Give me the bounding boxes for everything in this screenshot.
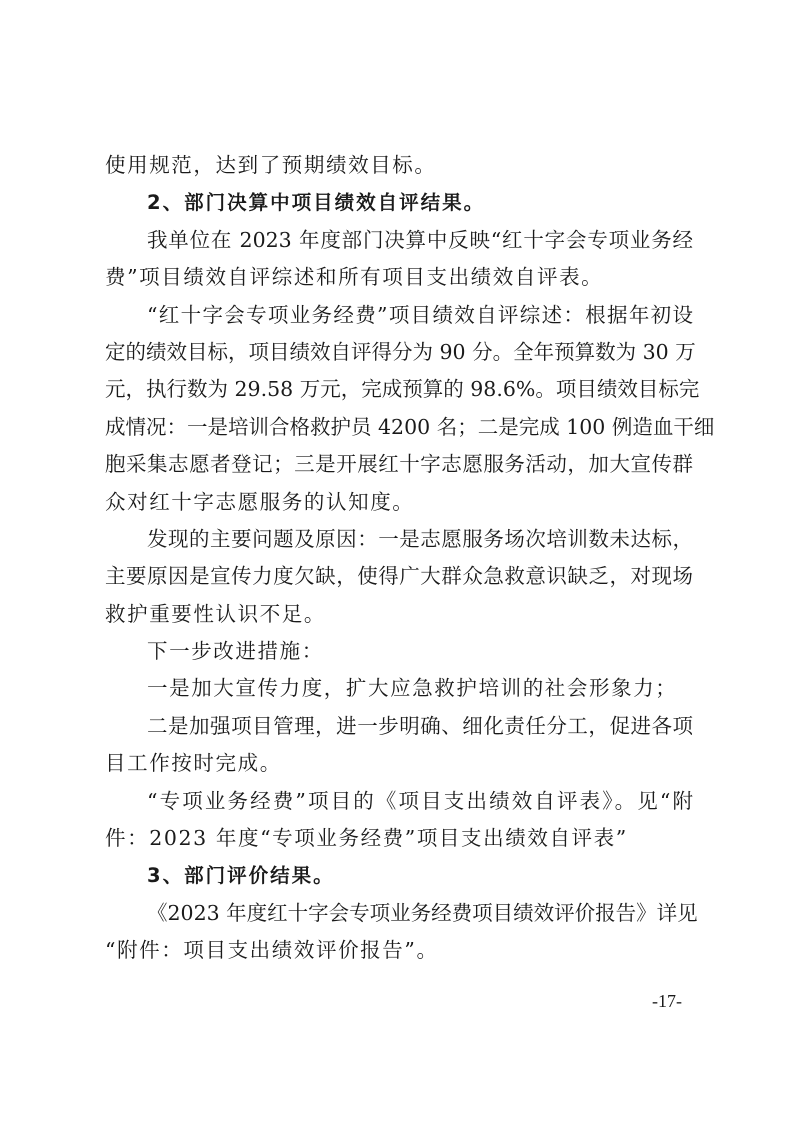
paragraph-line: 元，执行数为 29.58 万元，完成预算的 98.6%。项目绩效目标完 bbox=[105, 371, 693, 408]
paragraph-line: “专项业务经费”项目的《项目支出绩效自评表》。见“附 bbox=[105, 783, 693, 820]
paragraph-line: 定的绩效目标，项目绩效自评得分为 90 分。全年预算数为 30 万 bbox=[105, 334, 693, 371]
paragraph-line: 二是加强项目管理，进一步明确、细化责任分工，促进各项 bbox=[105, 708, 693, 745]
paragraph-line: 发现的主要问题及原因：一是志愿服务场次培训数未达标， bbox=[105, 521, 693, 558]
paragraph-line: 目工作按时完成。 bbox=[105, 745, 693, 782]
paragraph-line: “附件：项目支出绩效评价报告”。 bbox=[105, 932, 693, 969]
paragraph-line: 下一步改进措施： bbox=[105, 633, 693, 670]
paragraph-line: 件：2023 年度“专项业务经费”项目支出绩效自评表” bbox=[105, 820, 693, 857]
paragraph-line: 众对红十字志愿服务的认知度。 bbox=[105, 484, 693, 521]
paragraph-line: 主要原因是宣传力度欠缺，使得广大群众急救意识缺乏，对现场 bbox=[105, 558, 693, 595]
section-heading-3: 3、部门评价结果。 bbox=[105, 857, 693, 894]
paragraph-line: 使用规范，达到了预期绩效目标。 bbox=[105, 147, 693, 184]
paragraph-line: 成情况：一是培训合格救护员 4200 名；二是完成 100 例造血干细 bbox=[105, 409, 693, 446]
section-heading-2: 2、部门决算中项目绩效自评结果。 bbox=[105, 184, 693, 221]
paragraph-line: “红十字会专项业务经费”项目绩效自评综述：根据年初设 bbox=[105, 297, 693, 334]
paragraph-line: 一是加大宣传力度，扩大应急救护培训的社会形象力； bbox=[105, 670, 693, 707]
paragraph-line: 胞采集志愿者登记；三是开展红十字志愿服务活动，加大宣传群 bbox=[105, 446, 693, 483]
document-body: 使用规范，达到了预期绩效目标。 2、部门决算中项目绩效自评结果。 我单位在 20… bbox=[105, 147, 693, 970]
paragraph-line: 《2023 年度红十字会专项业务经费项目绩效评价报告》详见 bbox=[105, 895, 693, 932]
paragraph-line: 我单位在 2023 年度部门决算中反映“红十字会专项业务经 bbox=[105, 222, 693, 259]
page-number: -17- bbox=[652, 991, 682, 1012]
paragraph-line: 救护重要性认识不足。 bbox=[105, 596, 693, 633]
paragraph-line: 费”项目绩效自评综述和所有项目支出绩效自评表。 bbox=[105, 259, 693, 296]
